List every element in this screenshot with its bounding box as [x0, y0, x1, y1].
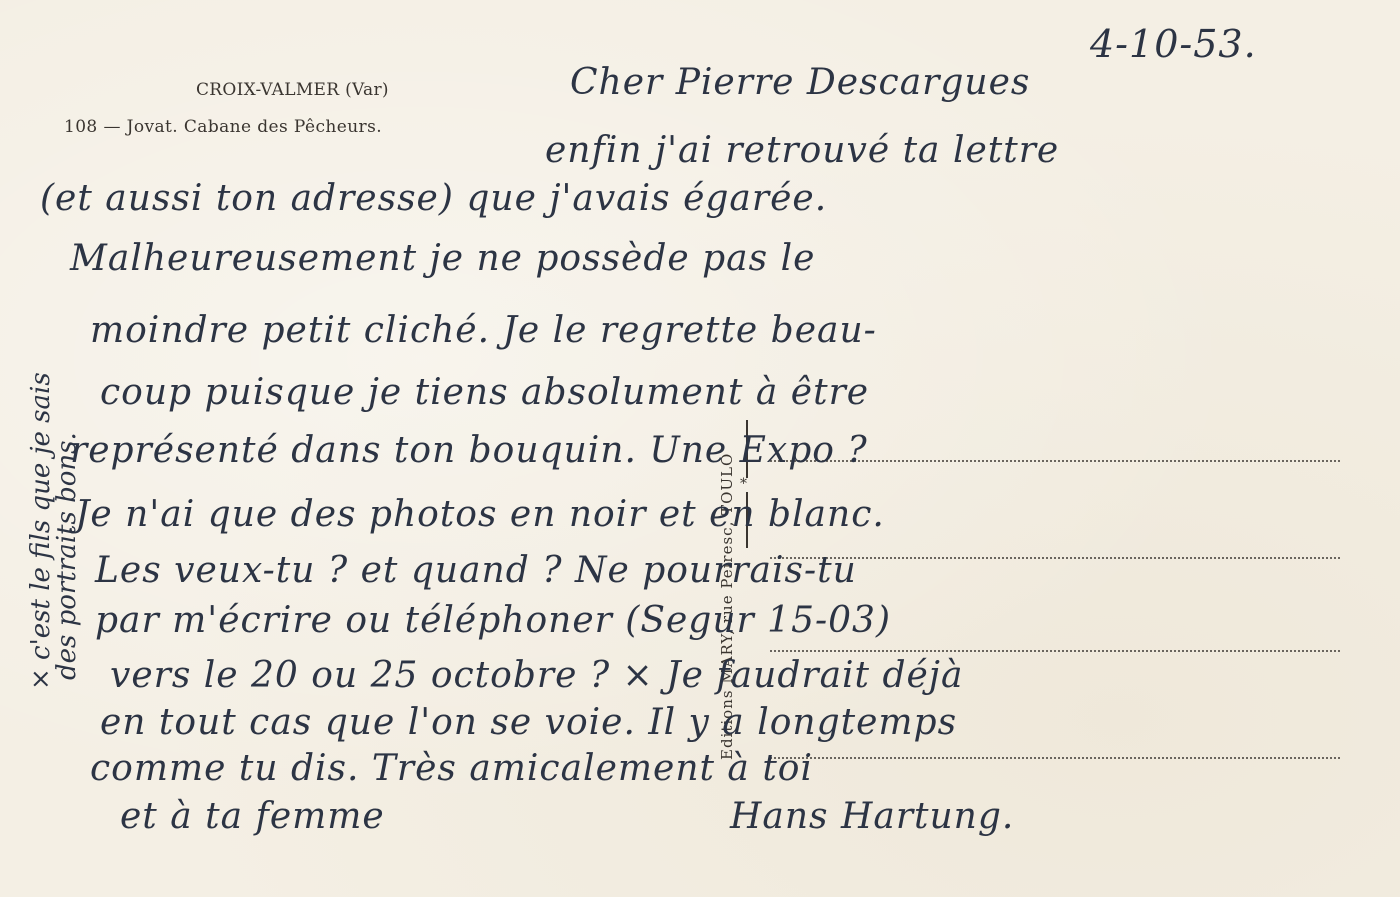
margin-note-line-2: des portraits bons. [52, 432, 82, 680]
letter-line: et à ta femme [120, 796, 385, 837]
letter-line: vers le 20 ou 25 octobre ? × Je faudrait… [110, 655, 963, 696]
letter-line: coup puisque je tiens absolument à être [100, 372, 869, 413]
letter-line: (et aussi ton adresse) que j'avais égaré… [40, 178, 827, 219]
printed-caption-subtitle: 108 — Jovat. Cabane des Pêcheurs. [64, 117, 382, 137]
letter-line: représenté dans ton bouquin. Une Expo ? [70, 430, 868, 471]
divider-asterisk: * [740, 476, 747, 492]
letter-line: Les veux-tu ? et quand ? Ne pourrais-tu [95, 550, 857, 591]
address-line-3 [770, 650, 1340, 652]
letter-line: par m'écrire ou téléphoner (Segur 15-03) [95, 600, 891, 641]
letter-line: Je n'ai que des photos en noir et en bla… [75, 494, 885, 535]
address-line-4 [770, 757, 1340, 759]
letter-line: en tout cas que l'on se voie. Il y a lon… [100, 702, 957, 743]
letter-line: Cher Pierre Descargues [570, 62, 1030, 103]
letter-line: Malheureusement je ne possède pas le [70, 238, 815, 279]
handwritten-date: 4-10-53. [1090, 22, 1257, 66]
postcard-back: CROIX-VALMER (Var) 108 — Jovat. Cabane d… [0, 0, 1400, 897]
printed-caption-title: CROIX-VALMER (Var) [196, 80, 389, 100]
letter-line: comme tu dis. Très amicalement à toi [90, 748, 813, 789]
letter-line: moindre petit cliché. Je le regrette bea… [90, 310, 877, 351]
signature: Hans Hartung. [730, 796, 1014, 837]
letter-line: enfin j'ai retrouvé ta lettre [545, 130, 1059, 171]
